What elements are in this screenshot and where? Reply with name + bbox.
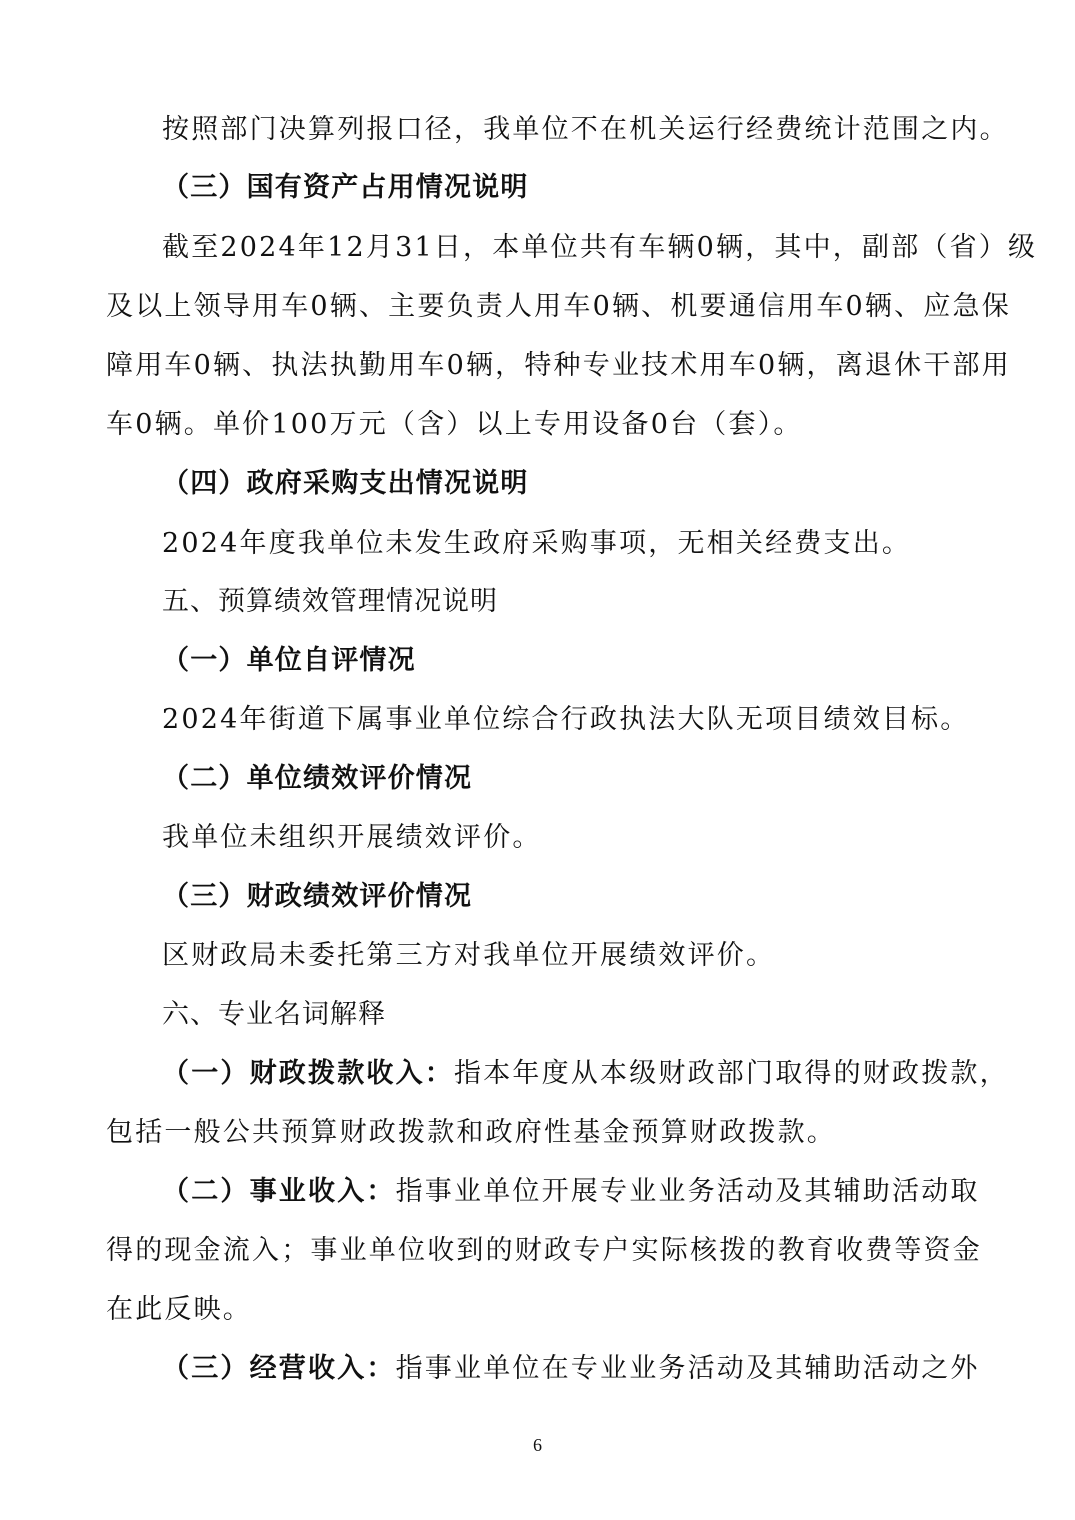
definition-text: 指本年度从本级财政部门取得的财政拨款， xyxy=(454,1058,1009,1089)
subheading-state-assets: （三）国有资产占用情况说明 xyxy=(162,170,972,206)
subheading-procurement: （四）政府采购支出情况说明 xyxy=(162,466,972,502)
definition-operating-income: （三）经营收入：指事业单位在专业业务活动及其辅助活动之外 xyxy=(162,1351,972,1387)
definition-term: （一）财政拨款收入： xyxy=(162,1058,454,1089)
paragraph-line: 截至2024年12月31日，本单位共有车辆0辆，其中，副部（省）级 xyxy=(162,230,972,266)
document-page: 按照部门决算列报口径，我单位不在机关运行经费统计范围之内。 （三）国有资产占用情… xyxy=(0,0,1075,1520)
subheading-fiscal-evaluation: （三）财政绩效评价情况 xyxy=(162,879,972,915)
paragraph-line: 车0辆。单价100万元（含）以上专用设备0台（套）。 xyxy=(106,407,972,443)
paragraph-line: 包括一般公共预算财政拨款和政府性基金预算财政拨款。 xyxy=(106,1115,972,1151)
section-heading-glossary: 六、专业名词解释 xyxy=(162,997,972,1033)
page-number: 6 xyxy=(0,1434,1075,1456)
paragraph-line: 我单位未组织开展绩效评价。 xyxy=(162,820,972,856)
paragraph-line: 得的现金流入；事业单位收到的财政专户实际核拨的教育收费等资金 xyxy=(106,1233,972,1269)
paragraph-line: 按照部门决算列报口径，我单位不在机关运行经费统计范围之内。 xyxy=(162,112,972,148)
paragraph-line: 障用车0辆、执法执勤用车0辆，特种专业技术用车0辆，离退休干部用 xyxy=(106,348,972,384)
paragraph-line: 2024年街道下属事业单位综合行政执法大队无项目绩效目标。 xyxy=(162,702,972,738)
paragraph-line: 2024年度我单位未发生政府采购事项，无相关经费支出。 xyxy=(162,526,972,562)
definition-text: 指事业单位开展专业业务活动及其辅助活动取 xyxy=(396,1176,980,1207)
paragraph-line: 在此反映。 xyxy=(106,1292,972,1328)
definition-fiscal-appropriation: （一）财政拨款收入：指本年度从本级财政部门取得的财政拨款， xyxy=(162,1056,972,1092)
definition-business-income: （二）事业收入：指事业单位开展专业业务活动及其辅助活动取 xyxy=(162,1174,972,1210)
paragraph-line: 区财政局未委托第三方对我单位开展绩效评价。 xyxy=(162,938,972,974)
paragraph-line: 及以上领导用车0辆、主要负责人用车0辆、机要通信用车0辆、应急保 xyxy=(106,289,972,325)
subheading-self-evaluation: （一）单位自评情况 xyxy=(162,643,972,679)
definition-term: （三）经营收入： xyxy=(162,1353,396,1384)
section-heading-performance: 五、预算绩效管理情况说明 xyxy=(162,584,972,620)
definition-text: 指事业单位在专业业务活动及其辅助活动之外 xyxy=(396,1353,980,1384)
definition-term: （二）事业收入： xyxy=(162,1176,396,1207)
subheading-unit-evaluation: （二）单位绩效评价情况 xyxy=(162,761,972,797)
